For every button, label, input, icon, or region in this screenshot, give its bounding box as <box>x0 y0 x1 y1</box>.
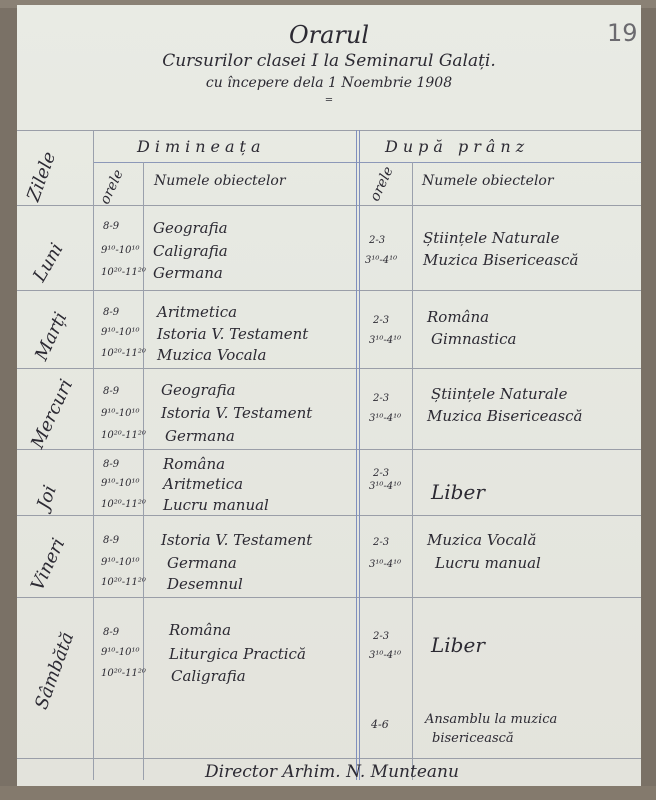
subject-cell: Muzica Vocala <box>157 346 266 364</box>
subject-cell: Lucru manual <box>163 496 269 514</box>
hours-cell: 8-9 <box>103 307 119 318</box>
hours-cell: 9¹⁰-10¹⁰ <box>101 478 140 489</box>
row-rule <box>17 449 641 450</box>
hours-cell: 2-3 <box>373 468 389 479</box>
subject-cell: Lucru manual <box>435 554 541 572</box>
subject-cell: Germana <box>165 427 235 445</box>
hours-cell: 3¹⁰-4¹⁰ <box>365 255 397 266</box>
hours-cell: 9¹⁰-10¹⁰ <box>101 408 140 419</box>
page-number: 19 <box>607 19 638 47</box>
header-morning-subjects: Numele obiectelor <box>154 173 286 189</box>
subject-cell: Gimnastica <box>431 330 516 348</box>
col-rule-morning-hours <box>143 162 144 780</box>
subject-cell: Ansamblu la muzica <box>425 712 557 727</box>
day-label: Marți <box>31 309 71 364</box>
hours-cell: 8-9 <box>103 459 119 470</box>
subject-cell: Muzica Vocală <box>427 531 536 549</box>
day-label: Luni <box>29 240 68 286</box>
hours-cell: 9¹⁰-10¹⁰ <box>101 647 140 658</box>
hours-cell: 2-3 <box>373 393 389 404</box>
subject-cell: Geografia <box>161 381 236 399</box>
director-signature: Director Arhim. N. Munteanu <box>205 762 459 782</box>
subject-cell: bisericească <box>432 731 514 746</box>
row-rule <box>17 515 641 516</box>
subject-cell: Româna <box>169 621 231 639</box>
subject-cell: Științele Naturale <box>423 229 559 247</box>
day-label: Vineri <box>27 535 69 594</box>
subject-cell: Științele Naturale <box>431 385 567 403</box>
title-mark: = <box>17 95 641 106</box>
hours-cell: 10²⁰-11²⁰ <box>101 430 146 441</box>
header-morning: Dimineața <box>137 137 266 156</box>
frame-bottom <box>0 786 656 800</box>
timetable-document: Orarul Cursurilor clasei I la Seminarul … <box>17 5 641 786</box>
subject-cell: Muzica Bisericească <box>423 251 578 269</box>
table-top-rule <box>17 130 641 131</box>
hours-cell: 2-3 <box>373 315 389 326</box>
row-rule <box>17 290 641 291</box>
subject-cell: Istoria V. Testament <box>161 531 312 549</box>
hours-cell: 8-9 <box>103 535 119 546</box>
header-afternoon: După prânz <box>385 137 529 156</box>
subject-cell: Aritmetica <box>157 303 237 321</box>
hours-cell: 3¹⁰-4¹⁰ <box>369 559 401 570</box>
subject-cell: Caligrafia <box>171 667 246 685</box>
hours-cell: 4-6 <box>371 718 389 731</box>
row-rule <box>17 597 641 598</box>
hours-cell: 2-3 <box>373 631 389 642</box>
hours-cell: 8-9 <box>103 386 119 397</box>
subject-cell: Germana <box>153 264 223 282</box>
header-morning-hours: orele <box>97 167 127 207</box>
subject-cell: Germana <box>167 554 237 572</box>
day-label: Mercuri <box>27 376 77 452</box>
subject-cell: Muzica Bisericească <box>427 407 582 425</box>
subject-cell: Istoria V. Testament <box>161 404 312 422</box>
day-label: Sâmbătă <box>31 629 78 712</box>
col-rule-center-b <box>359 130 360 780</box>
document-title: Orarul <box>17 21 641 49</box>
hours-cell: 8-9 <box>103 221 119 232</box>
hours-cell: 2-3 <box>373 537 389 548</box>
subject-cell: Istoria V. Testament <box>157 325 308 343</box>
hours-cell: 10²⁰-11²⁰ <box>101 499 146 510</box>
free-note: Liber <box>431 633 485 657</box>
header-mid-rule <box>93 162 641 163</box>
header-afternoon-subjects: Numele obiectelor <box>422 173 554 189</box>
hours-cell: 9¹⁰-10¹⁰ <box>101 557 140 568</box>
header-days: Zilele <box>23 149 60 204</box>
day-label: Joi <box>33 483 61 513</box>
subject-cell: Liturgica Practică <box>169 645 306 663</box>
row-rule <box>17 368 641 369</box>
subject-cell: Româna <box>427 308 489 326</box>
hours-cell: 3¹⁰-4¹⁰ <box>369 413 401 424</box>
hours-cell: 10²⁰-11²⁰ <box>101 668 146 679</box>
free-note: Liber <box>431 480 485 504</box>
col-rule-afternoon-hours <box>412 162 413 780</box>
document-date-line: cu începere dela 1 Noembrie 1908 <box>17 75 641 91</box>
header-afternoon-hours: orele <box>367 164 397 204</box>
hours-cell: 2-3 <box>369 235 385 246</box>
hours-cell: 3¹⁰-4¹⁰ <box>369 481 401 492</box>
table-bottom-rule <box>17 758 641 759</box>
hours-cell: 8-9 <box>103 627 119 638</box>
col-rule-days <box>93 130 94 780</box>
subject-cell: Desemnul <box>167 575 243 593</box>
document-subtitle: Cursurilor clasei I la Seminarul Galați. <box>17 51 641 71</box>
hours-cell: 3¹⁰-4¹⁰ <box>369 335 401 346</box>
subject-cell: Româna <box>163 455 225 473</box>
subject-cell: Geografia <box>153 219 228 237</box>
hours-cell: 10²⁰-11²⁰ <box>101 577 146 588</box>
subject-cell: Aritmetica <box>163 475 243 493</box>
hours-cell: 9¹⁰-10¹⁰ <box>101 327 140 338</box>
subject-cell: Caligrafia <box>153 242 228 260</box>
hours-cell: 10²⁰-11²⁰ <box>101 267 146 278</box>
hours-cell: 10²⁰-11²⁰ <box>101 348 146 359</box>
hours-cell: 3¹⁰-4¹⁰ <box>369 650 401 661</box>
col-rule-center-a <box>356 130 357 780</box>
hours-cell: 9¹⁰-10¹⁰ <box>101 245 140 256</box>
